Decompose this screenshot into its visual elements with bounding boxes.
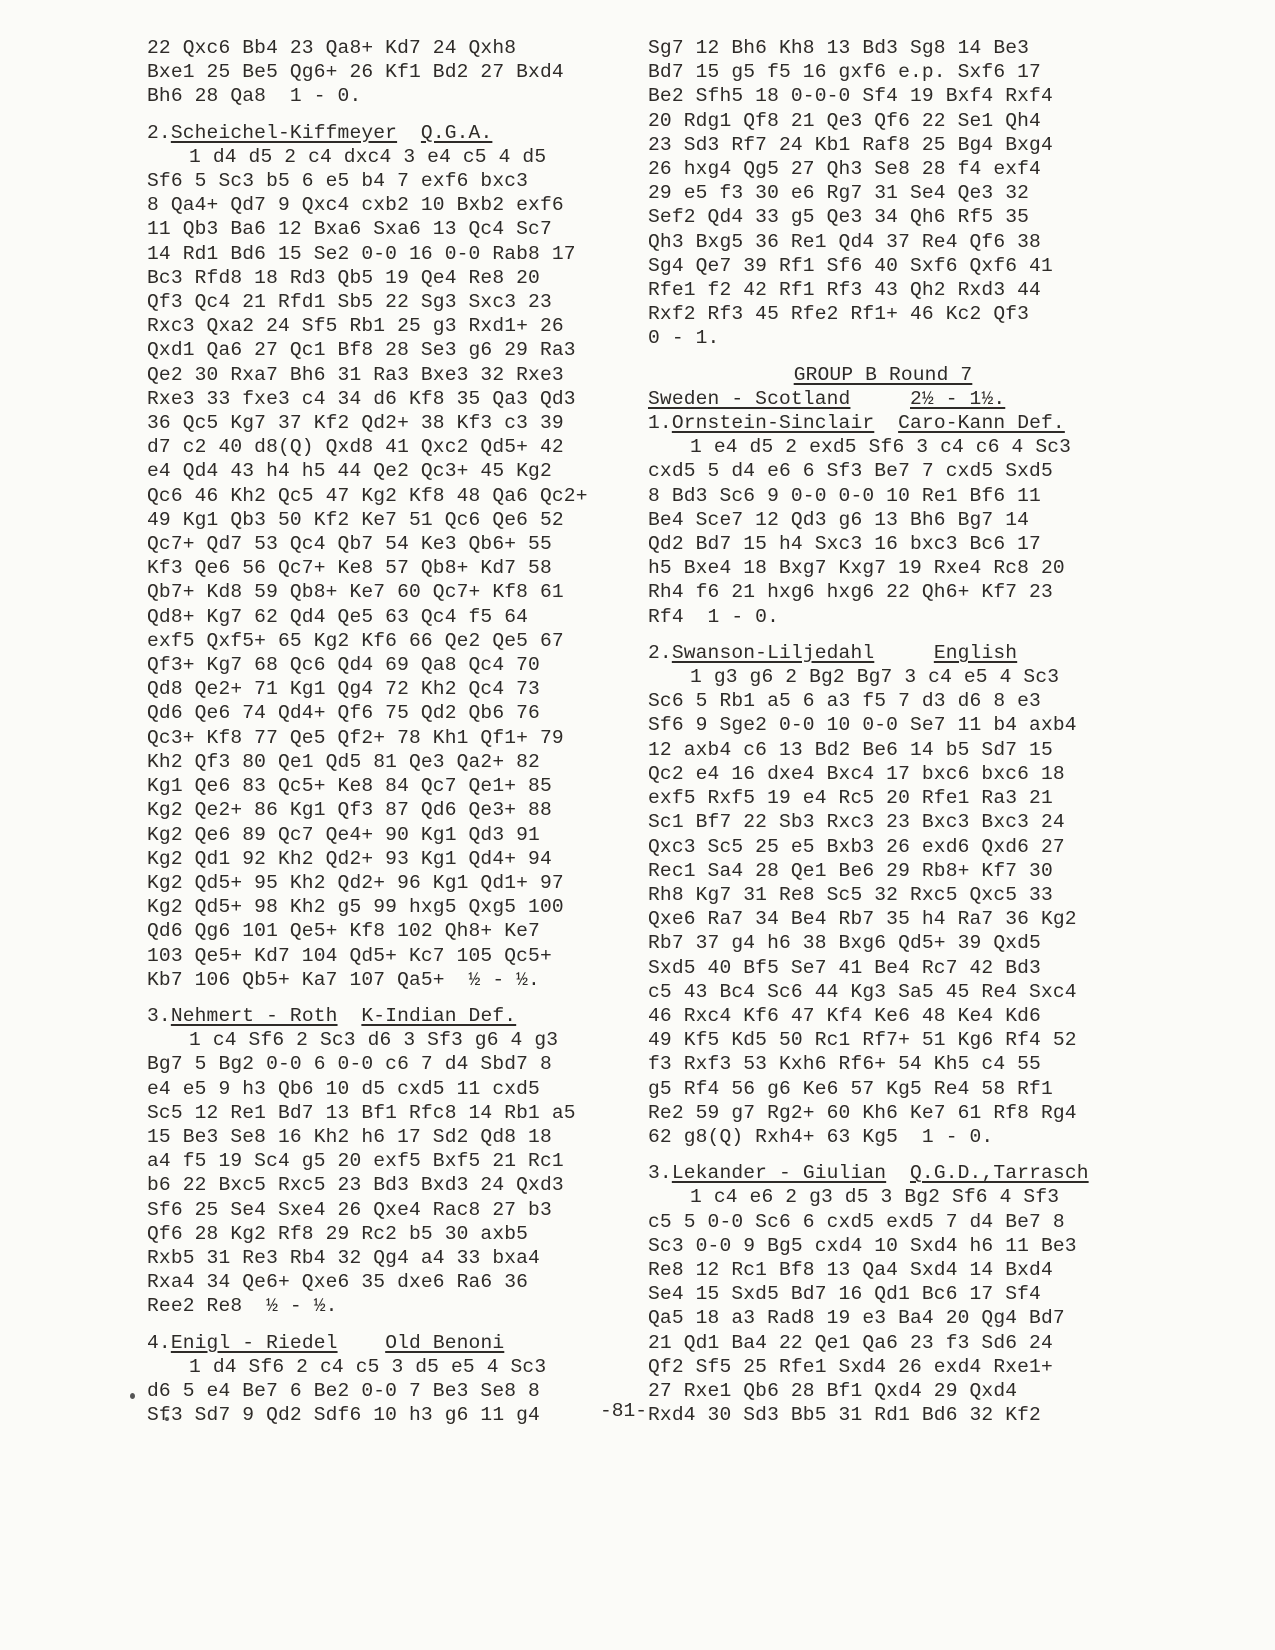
move-line: Kg2 Qd1 92 Kh2 Qd2+ 93 Kg1 Qd4+ 94: [147, 847, 637, 871]
move-line: Be4 Sce7 12 Qd3 g6 13 Bh6 Bg7 14: [648, 508, 1148, 532]
move-line: Ree2 Re8 ½ - ½.: [147, 1294, 637, 1318]
move-line: 29 e5 f3 30 e6 Rg7 31 Se4 Qe3 32: [648, 181, 1148, 205]
page-number: -81-: [600, 1400, 647, 1422]
move-line: Kg2 Qe6 89 Qc7 Qe4+ 90 Kg1 Qd3 91: [147, 823, 637, 847]
move-line: Qd8+ Kg7 62 Qd4 Qe5 63 Qc4 f5 64: [147, 605, 637, 629]
move-line: Kf3 Qe6 56 Qc7+ Ke8 57 Qb8+ Kd7 58: [147, 556, 637, 580]
move-line: b6 22 Bxc5 Rxc5 23 Bd3 Bxd3 24 Qxd3: [147, 1173, 637, 1197]
move-line: d7 c2 40 d8(Q) Qxd8 41 Qxc2 Qd5+ 42: [147, 435, 637, 459]
move-line: Be2 Sfh5 18 0-0-0 Sf4 19 Bxf4 Rxf4: [648, 84, 1148, 108]
move-line: Qf3+ Kg7 68 Qc6 Qd4 69 Qa8 Qc4 70: [147, 653, 637, 677]
move-line: h5 Bxe4 18 Bxg7 Kxg7 19 Rxe4 Rc8 20: [648, 556, 1148, 580]
move-line: Qd6 Qg6 101 Qe5+ Kf8 102 Qh8+ Ke7: [147, 919, 637, 943]
game-opening: K-Indian Def.: [361, 1005, 516, 1027]
move-line: 8 Bd3 Sc6 9 0-0 0-0 10 Re1 Bf6 11: [648, 484, 1148, 508]
match-score: 2½ - 1½.: [910, 388, 1005, 410]
move-line: Kg2 Qd5+ 95 Kh2 Qd2+ 96 Kg1 Qd1+ 97: [147, 871, 637, 895]
move-line: 27 Rxe1 Qb6 28 Bf1 Qxd4 29 Qxd4: [648, 1379, 1148, 1403]
game-players: Scheichel-Kiffmeyer: [171, 122, 397, 144]
right-column: Sg7 12 Bh6 Kh8 13 Bd3 Sg8 14 Be3Bd7 15 g…: [648, 36, 1148, 1427]
move-line: c5 5 0-0 Sc6 6 cxd5 exd5 7 d4 Be7 8: [648, 1210, 1148, 1234]
move-line: Kg2 Qe2+ 86 Kg1 Qf3 87 Qd6 Qe3+ 88: [147, 798, 637, 822]
game-opening: Old Benoni: [385, 1332, 504, 1354]
game-number: 2.: [147, 122, 171, 144]
move-line: Sf6 9 Sge2 0-0 10 0-0 Se7 11 b4 axb4: [648, 713, 1148, 737]
move-line: Qf3 Qc4 21 Rfd1 Sb5 22 Sg3 Sxc3 23: [147, 290, 637, 314]
move-line: e4 Qd4 43 h4 h5 44 Qe2 Qc3+ 45 Kg2: [147, 459, 637, 483]
move-line: Qb7+ Kd8 59 Qb8+ Ke7 60 Qc7+ Kf8 61: [147, 580, 637, 604]
game-players: Ornstein-Sinclair: [672, 412, 874, 434]
move-line: Qf6 28 Kg2 Rf8 29 Rc2 b5 30 axb5: [147, 1222, 637, 1246]
game-opening: Caro-Kann Def.: [898, 412, 1065, 434]
game-3-moves: c5 5 0-0 Sc6 6 cxd5 exd5 7 d4 Be7 8Sc3 0…: [648, 1210, 1148, 1428]
game-number: 1.: [648, 412, 672, 434]
move-line: Qc7+ Qd7 53 Qc4 Qb7 54 Ke3 Qb6+ 55: [147, 532, 637, 556]
move-line: Rxd4 30 Sd3 Bb5 31 Rd1 Bd6 32 Kf2: [648, 1403, 1148, 1427]
round-heading-text: GROUP B Round 7: [794, 364, 973, 386]
move-line: Qe2 30 Rxa7 Bh6 31 Ra3 Bxe3 32 Rxe3: [147, 363, 637, 387]
game-3-header: 3.Lekander - Giulian Q.G.D.,Tarrasch: [648, 1161, 1148, 1185]
move-line: 21 Qd1 Ba4 22 Qe1 Qa6 23 f3 Sd6 24: [648, 1331, 1148, 1355]
move-line: Bc3 Rfd8 18 Rd3 Qb5 19 Qe4 Re8 20: [147, 266, 637, 290]
match-teams: Sweden - Scotland: [648, 388, 850, 410]
move-line: Rxb5 31 Re3 Rb4 32 Qg4 a4 33 bxa4: [147, 1246, 637, 1270]
move-line: Qxc3 Sc5 25 e5 Bxb3 26 exd6 Qxd6 27: [648, 835, 1148, 859]
move-line: exf5 Qxf5+ 65 Kg2 Kf6 66 Qe2 Qe5 67: [147, 629, 637, 653]
game-first-line: 1 c4 Sf6 2 Sc3 d6 3 Sf3 g6 4 g3: [147, 1028, 637, 1052]
move-line: Kg1 Qe6 83 Qc5+ Ke8 84 Qc7 Qe1+ 85: [147, 774, 637, 798]
move-line: exf5 Rxf5 19 e4 Rc5 20 Rfe1 Ra3 21: [648, 786, 1148, 810]
move-line: Bh6 28 Qa8 1 - 0.: [147, 84, 637, 108]
move-line: 49 Kg1 Qb3 50 Kf2 Ke7 51 Qc6 Qe6 52: [147, 508, 637, 532]
move-line: Bg7 5 Bg2 0-0 6 0-0 c6 7 d4 Sbd7 8: [147, 1052, 637, 1076]
round-heading: GROUP B Round 7: [648, 363, 1148, 387]
move-line: Sxd5 40 Bf5 Se7 41 Be4 Rc7 42 Bd3: [648, 956, 1148, 980]
move-line: Rxa4 34 Qe6+ Qxe6 35 dxe6 Ra6 36: [147, 1270, 637, 1294]
match-header: Sweden - Scotland 2½ - 1½.: [648, 387, 1148, 411]
move-line: Rxe3 33 fxe3 c4 34 d6 Kf8 35 Qa3 Qd3: [147, 387, 637, 411]
move-line: 62 g8(Q) Rxh4+ 63 Kg5 1 - 0.: [648, 1125, 1148, 1149]
move-line: Rec1 Sa4 28 Qe1 Be6 29 Rb8+ Kf7 30: [648, 859, 1148, 883]
move-line: 0 - 1.: [648, 326, 1148, 350]
move-line: Rxc3 Qxa2 24 Sf5 Rb1 25 g3 Rxd1+ 26: [147, 314, 637, 338]
move-line: 103 Qe5+ Kd7 104 Qd5+ Kc7 105 Qc5+: [147, 944, 637, 968]
game-4-continuation: Sg7 12 Bh6 Kh8 13 Bd3 Sg8 14 Be3Bd7 15 g…: [648, 36, 1148, 351]
game-opening: Q.G.D.,Tarrasch: [910, 1162, 1089, 1184]
move-line: 11 Qb3 Ba6 12 Bxa6 Sxa6 13 Qc4 Sc7: [147, 217, 637, 241]
paper-speck: [130, 1393, 135, 1399]
move-line: Rxf2 Rf3 45 Rfe2 Rf1+ 46 Kc2 Qf3: [648, 302, 1148, 326]
move-line: e4 e5 9 h3 Qb6 10 d5 cxd5 11 cxd5: [147, 1077, 637, 1101]
paper-speck: [165, 1417, 169, 1421]
game-first-line: 1 d4 Sf6 2 c4 c5 3 d5 e5 4 Sc3: [147, 1355, 637, 1379]
move-line: Rh8 Kg7 31 Re8 Sc5 32 Rxc5 Qxc5 33: [648, 883, 1148, 907]
move-line: Qc3+ Kf8 77 Qe5 Qf2+ 78 Kh1 Qf1+ 79: [147, 726, 637, 750]
move-line: 26 hxg4 Qg5 27 Qh3 Se8 28 f4 exf4: [648, 157, 1148, 181]
move-line: f3 Rxf3 53 Kxh6 Rf6+ 54 Kh5 c4 55: [648, 1052, 1148, 1076]
move-line: Re2 59 g7 Rg2+ 60 Kh6 Ke7 61 Rf8 Rg4: [648, 1101, 1148, 1125]
move-line: Qxd1 Qa6 27 Qc1 Bf8 28 Se3 g6 29 Ra3: [147, 338, 637, 362]
move-line: 8 Qa4+ Qd7 9 Qxc4 cxb2 10 Bxb2 exf6: [147, 193, 637, 217]
move-line: Qxe6 Ra7 34 Be4 Rb7 35 h4 Ra7 36 Kg2: [648, 907, 1148, 931]
move-line: Kb7 106 Qb5+ Ka7 107 Qa5+ ½ - ½.: [147, 968, 637, 992]
move-line: Sc1 Bf7 22 Sb3 Rxc3 23 Bxc3 Bxc3 24: [648, 810, 1148, 834]
move-line: Rb7 37 g4 h6 38 Bxg6 Qd5+ 39 Qxd5: [648, 931, 1148, 955]
game-first-line: 1 c4 e6 2 g3 d5 3 Bg2 Sf6 4 Sf3: [648, 1185, 1148, 1209]
move-line: a4 f5 19 Sc4 g5 20 exf5 Bxf5 21 Rc1: [147, 1149, 637, 1173]
move-line: Qd8 Qe2+ 71 Kg1 Qg4 72 Kh2 Qc4 73: [147, 677, 637, 701]
move-line: Sg7 12 Bh6 Kh8 13 Bd3 Sg8 14 Be3: [648, 36, 1148, 60]
game-opening: Q.G.A.: [421, 122, 492, 144]
move-line: Sc6 5 Rb1 a5 6 a3 f5 7 d3 d6 8 e3: [648, 689, 1148, 713]
game-number: 3.: [147, 1005, 171, 1027]
move-line: Kg2 Qd5+ 98 Kh2 g5 99 hxg5 Qxg5 100: [147, 895, 637, 919]
move-line: Sf6 25 Se4 Sxe4 26 Qxe4 Rac8 27 b3: [147, 1198, 637, 1222]
game-first-line: 1 g3 g6 2 Bg2 Bg7 3 c4 e5 4 Sc3: [648, 665, 1148, 689]
game-2-header: 2.Scheichel-Kiffmeyer Q.G.A.: [147, 121, 637, 145]
left-column: 22 Qxc6 Bb4 23 Qa8+ Kd7 24 Qxh8Bxe1 25 B…: [147, 36, 637, 1427]
move-line: Qc2 e4 16 dxe4 Bxc4 17 bxc6 bxc6 18: [648, 762, 1148, 786]
game-players: Swanson-Liljedahl: [672, 642, 874, 664]
game-players: Lekander - Giulian: [672, 1162, 886, 1184]
move-line: Qd2 Bd7 15 h4 Sxc3 16 bxc3 Bc6 17: [648, 532, 1148, 556]
move-line: Rh4 f6 21 hxg6 hxg6 22 Qh6+ Kf7 23: [648, 580, 1148, 604]
move-line: Qd6 Qe6 74 Qd4+ Qf6 75 Qd2 Qb6 76: [147, 701, 637, 725]
game-number: 3.: [648, 1162, 672, 1184]
move-line: Bxe1 25 Be5 Qg6+ 26 Kf1 Bd2 27 Bxd4: [147, 60, 637, 84]
move-line: 49 Kf5 Kd5 50 Rc1 Rf7+ 51 Kg6 Rf4 52: [648, 1028, 1148, 1052]
game-number: 4.: [147, 1332, 171, 1354]
move-line: Rf4 1 - 0.: [648, 605, 1148, 629]
move-line: c5 43 Bc4 Sc6 44 Kg3 Sa5 45 Re4 Sxc4: [648, 980, 1148, 1004]
move-line: Qf2 Sf5 25 Rfe1 Sxd4 26 exd4 Rxe1+: [648, 1355, 1148, 1379]
move-line: Bd7 15 g5 f5 16 gxf6 e.p. Sxf6 17: [648, 60, 1148, 84]
game-1-conclusion: 22 Qxc6 Bb4 23 Qa8+ Kd7 24 Qxh8Bxe1 25 B…: [147, 36, 637, 109]
move-line: cxd5 5 d4 e6 6 Sf3 Be7 7 cxd5 Sxd5: [648, 459, 1148, 483]
game-2-header: 2.Swanson-Liljedahl English: [648, 641, 1148, 665]
move-line: g5 Rf4 56 g6 Ke6 57 Kg5 Re4 58 Rf1: [648, 1077, 1148, 1101]
move-line: d6 5 e4 Be7 6 Be2 0-0 7 Be3 Se8 8: [147, 1379, 637, 1403]
move-line: Sg4 Qe7 39 Rf1 Sf6 40 Sxf6 Qxf6 41: [648, 254, 1148, 278]
move-line: Se4 15 Sxd5 Bd7 16 Qd1 Bc6 17 Sf4: [648, 1282, 1148, 1306]
game-1-moves: cxd5 5 d4 e6 6 Sf3 Be7 7 cxd5 Sxd58 Bd3 …: [648, 459, 1148, 628]
game-number: 2.: [648, 642, 672, 664]
move-line: Kh2 Qf3 80 Qe1 Qd5 81 Qe3 Qa2+ 82: [147, 750, 637, 774]
move-line: 12 axb4 c6 13 Bd2 Be6 14 b5 Sd7 15: [648, 738, 1148, 762]
move-line: 23 Sd3 Rf7 24 Kb1 Raf8 25 Bg4 Bxg4: [648, 133, 1148, 157]
move-line: 22 Qxc6 Bb4 23 Qa8+ Kd7 24 Qxh8: [147, 36, 637, 60]
game-4-moves: d6 5 e4 Be7 6 Be2 0-0 7 Be3 Se8 8Sf3 Sd7…: [147, 1379, 637, 1427]
game-first-line: 1 e4 d5 2 exd5 Sf6 3 c4 c6 4 Sc3: [648, 435, 1148, 459]
game-1-header: 1.Ornstein-Sinclair Caro-Kann Def.: [648, 411, 1148, 435]
game-2-moves: Sc6 5 Rb1 a5 6 a3 f5 7 d3 d6 8 e3Sf6 9 S…: [648, 689, 1148, 1149]
move-line: Qc6 46 Kh2 Qc5 47 Kg2 Kf8 48 Qa6 Qc2+: [147, 484, 637, 508]
move-line: Sf6 5 Sc3 b5 6 e5 b4 7 exf6 bxc3: [147, 169, 637, 193]
move-line: Sf3 Sd7 9 Qd2 Sdf6 10 h3 g6 11 g4: [147, 1403, 637, 1427]
move-line: Qh3 Bxg5 36 Re1 Qd4 37 Re4 Qf6 38: [648, 230, 1148, 254]
game-4-header: 4.Enigl - Riedel Old Benoni: [147, 1331, 637, 1355]
move-line: 14 Rd1 Bd6 15 Se2 0-0 16 0-0 Rab8 17: [147, 242, 637, 266]
game-3-header: 3.Nehmert - Roth K-Indian Def.: [147, 1004, 637, 1028]
move-line: Sc3 0-0 9 Bg5 cxd4 10 Sxd4 h6 11 Be3: [648, 1234, 1148, 1258]
game-3-moves: Bg7 5 Bg2 0-0 6 0-0 c6 7 d4 Sbd7 8e4 e5 …: [147, 1052, 637, 1318]
move-line: 15 Be3 Se8 16 Kh2 h6 17 Sd2 Qd8 18: [147, 1125, 637, 1149]
game-opening: English: [934, 642, 1017, 664]
move-line: Rfe1 f2 42 Rf1 Rf3 43 Qh2 Rxd3 44: [648, 278, 1148, 302]
game-first-line: 1 d4 d5 2 c4 dxc4 3 e4 c5 4 d5: [147, 145, 637, 169]
game-players: Enigl - Riedel: [171, 1332, 338, 1354]
move-line: Qa5 18 a3 Rad8 19 e3 Ba4 20 Qg4 Bd7: [648, 1306, 1148, 1330]
move-line: 46 Rxc4 Kf6 47 Kf4 Ke6 48 Ke4 Kd6: [648, 1004, 1148, 1028]
move-line: 20 Rdg1 Qf8 21 Qe3 Qf6 22 Se1 Qh4: [648, 109, 1148, 133]
move-line: 36 Qc5 Kg7 37 Kf2 Qd2+ 38 Kf3 c3 39: [147, 411, 637, 435]
game-players: Nehmert - Roth: [171, 1005, 338, 1027]
game-2-moves: Sf6 5 Sc3 b5 6 e5 b4 7 exf6 bxc38 Qa4+ Q…: [147, 169, 637, 992]
move-line: Sc5 12 Re1 Bd7 13 Bf1 Rfc8 14 Rb1 a5: [147, 1101, 637, 1125]
move-line: Re8 12 Rc1 Bf8 13 Qa4 Sxd4 14 Bxd4: [648, 1258, 1148, 1282]
move-line: Sef2 Qd4 33 g5 Qe3 34 Qh6 Rf5 35: [648, 205, 1148, 229]
